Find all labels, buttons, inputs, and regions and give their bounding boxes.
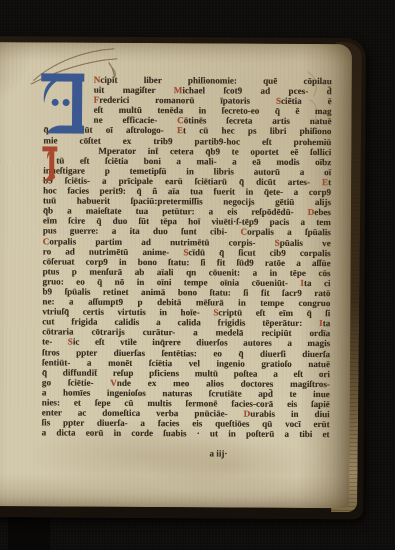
rubricated-initial-i-red (41, 145, 59, 181)
illuminated-initial-i-blue (38, 71, 87, 135)
text-line: a dicta eorū in corde ſuabis · ut in poſ… (42, 428, 330, 440)
signature-mark: a iij· (41, 448, 329, 460)
text-block: I I Ncipit liber phiſionomie: quē cōpila… (41, 74, 331, 459)
manuscript-page: I I Ncipit liber phiſionomie: quē cōpila… (0, 42, 352, 508)
